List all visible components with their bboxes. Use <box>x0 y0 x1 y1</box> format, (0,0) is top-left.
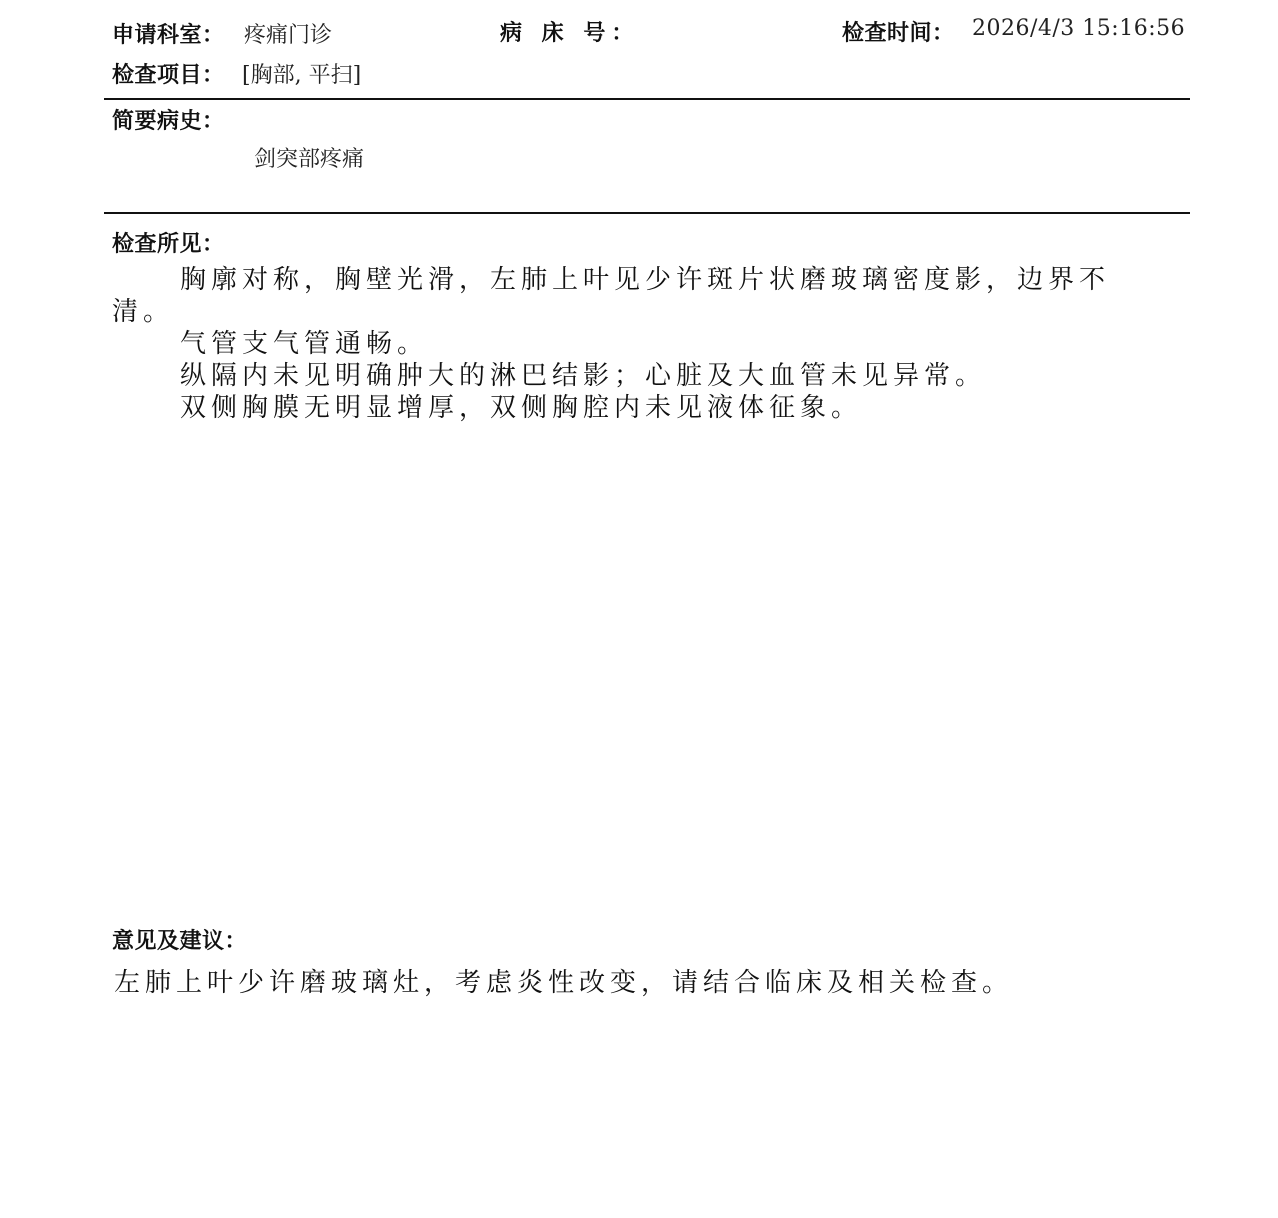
findings-paragraph: 气管支气管通畅。 <box>112 328 1112 360</box>
impression-text: 左肺上叶少许磨玻璃灶，考虑炎性改变，请结合临床及相关检查。 <box>114 962 1013 999</box>
exam-time-label: 检查时间： <box>842 16 955 47</box>
history-label: 简要病史： <box>112 104 225 135</box>
impression-label: 意见及建议： <box>112 924 247 955</box>
findings-label: 检查所见： <box>112 227 225 258</box>
exam-item-value: [胸部, 平扫] <box>242 58 361 89</box>
department-value: 疼痛门诊 <box>244 18 332 49</box>
exam-time-value: 2026/4/3 15:16:56 <box>972 16 1185 41</box>
department-label: 申请科室： <box>112 18 225 49</box>
bed-number-label: 病 床 号： <box>500 16 639 47</box>
history-text: 剑突部疼痛 <box>254 142 364 173</box>
exam-item-label: 检查项目： <box>112 58 225 89</box>
findings-paragraph: 纵隔内未见明确肿大的淋巴结影；心脏及大血管未见异常。 <box>112 360 1112 392</box>
findings-paragraph: 胸廓对称，胸壁光滑，左肺上叶见少许斑片状磨玻璃密度影，边界不清。 <box>112 264 1112 328</box>
findings-paragraph: 双侧胸膜无明显增厚，双侧胸腔内未见液体征象。 <box>112 392 1112 424</box>
clipped-header-row <box>112 0 1192 6</box>
section-divider <box>104 98 1190 100</box>
section-divider <box>104 212 1190 214</box>
findings-body: 胸廓对称，胸壁光滑，左肺上叶见少许斑片状磨玻璃密度影，边界不清。 气管支气管通畅… <box>112 264 1112 424</box>
